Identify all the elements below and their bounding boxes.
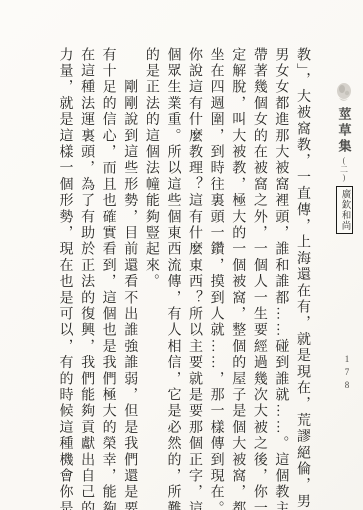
text-column: 的是正法的這個法幢能夠豎起來。 [140,47,162,489]
text-column: 教」，大被窩教，一直傳，上海還在有，就是現在，荒謬絕倫，男 [291,47,313,489]
text-column: 坐在四週圍，到時往裏頭一鑽，摸到人就……，那一樣傳到現在。 [205,47,227,489]
text-column: 你說這有什麼教理？這有什麼東西？所以主要就是要那個正字，這 [183,47,205,489]
text-column: 定解脫，叫大被教，極大的一個被窩，整個的屋子是個大被窩，都 [227,47,249,489]
text-column: 在這種法運裏頭，為了有助於正法的復興，我們能夠貢獻出自己的 [75,47,97,489]
text-column: 帶著幾個女的在被窩之外，一個人一生要經過幾次大被之後，你一 [248,47,270,489]
text-column: 剛剛說到這些形勢，目前還看不出誰強誰弱，但是我們還是要 [119,47,141,489]
page-number: 178 [342,354,352,393]
body-text: 教」，大被窩教，一直傳，上海還在有，就是現在，荒謬絕倫，男 男女女都進那大被窩裡… [54,47,313,489]
text-column: 個眾生業重。所以這些個東西流傳，有人相信，它是必然的，所難 [162,47,184,489]
page-header-margin: 莖草集 (二) 廣欽和尚 [332,82,356,234]
text-column: 有十足的信心，而且也確實看到，這個也是我們極大的榮幸，能夠 [97,47,119,489]
ornamental-seal-icon [335,82,353,104]
book-title: 莖草集 [335,107,354,155]
book-page: 莖草集 (二) 廣欽和尚 178 教」，大被窩教，一直傳，上海還在有，就是現在，… [0,0,363,510]
volume-label: (二) [339,156,350,182]
text-column: 力量，就是這樣一個形勢，現在也是可以，有的時候這種機會你是 [54,47,76,489]
text-column: 男女女都進那大被窩裡頭，誰和誰都……碰到誰就……。這個教主 [270,47,292,489]
section-label-box: 廣欽和尚 [336,186,353,234]
